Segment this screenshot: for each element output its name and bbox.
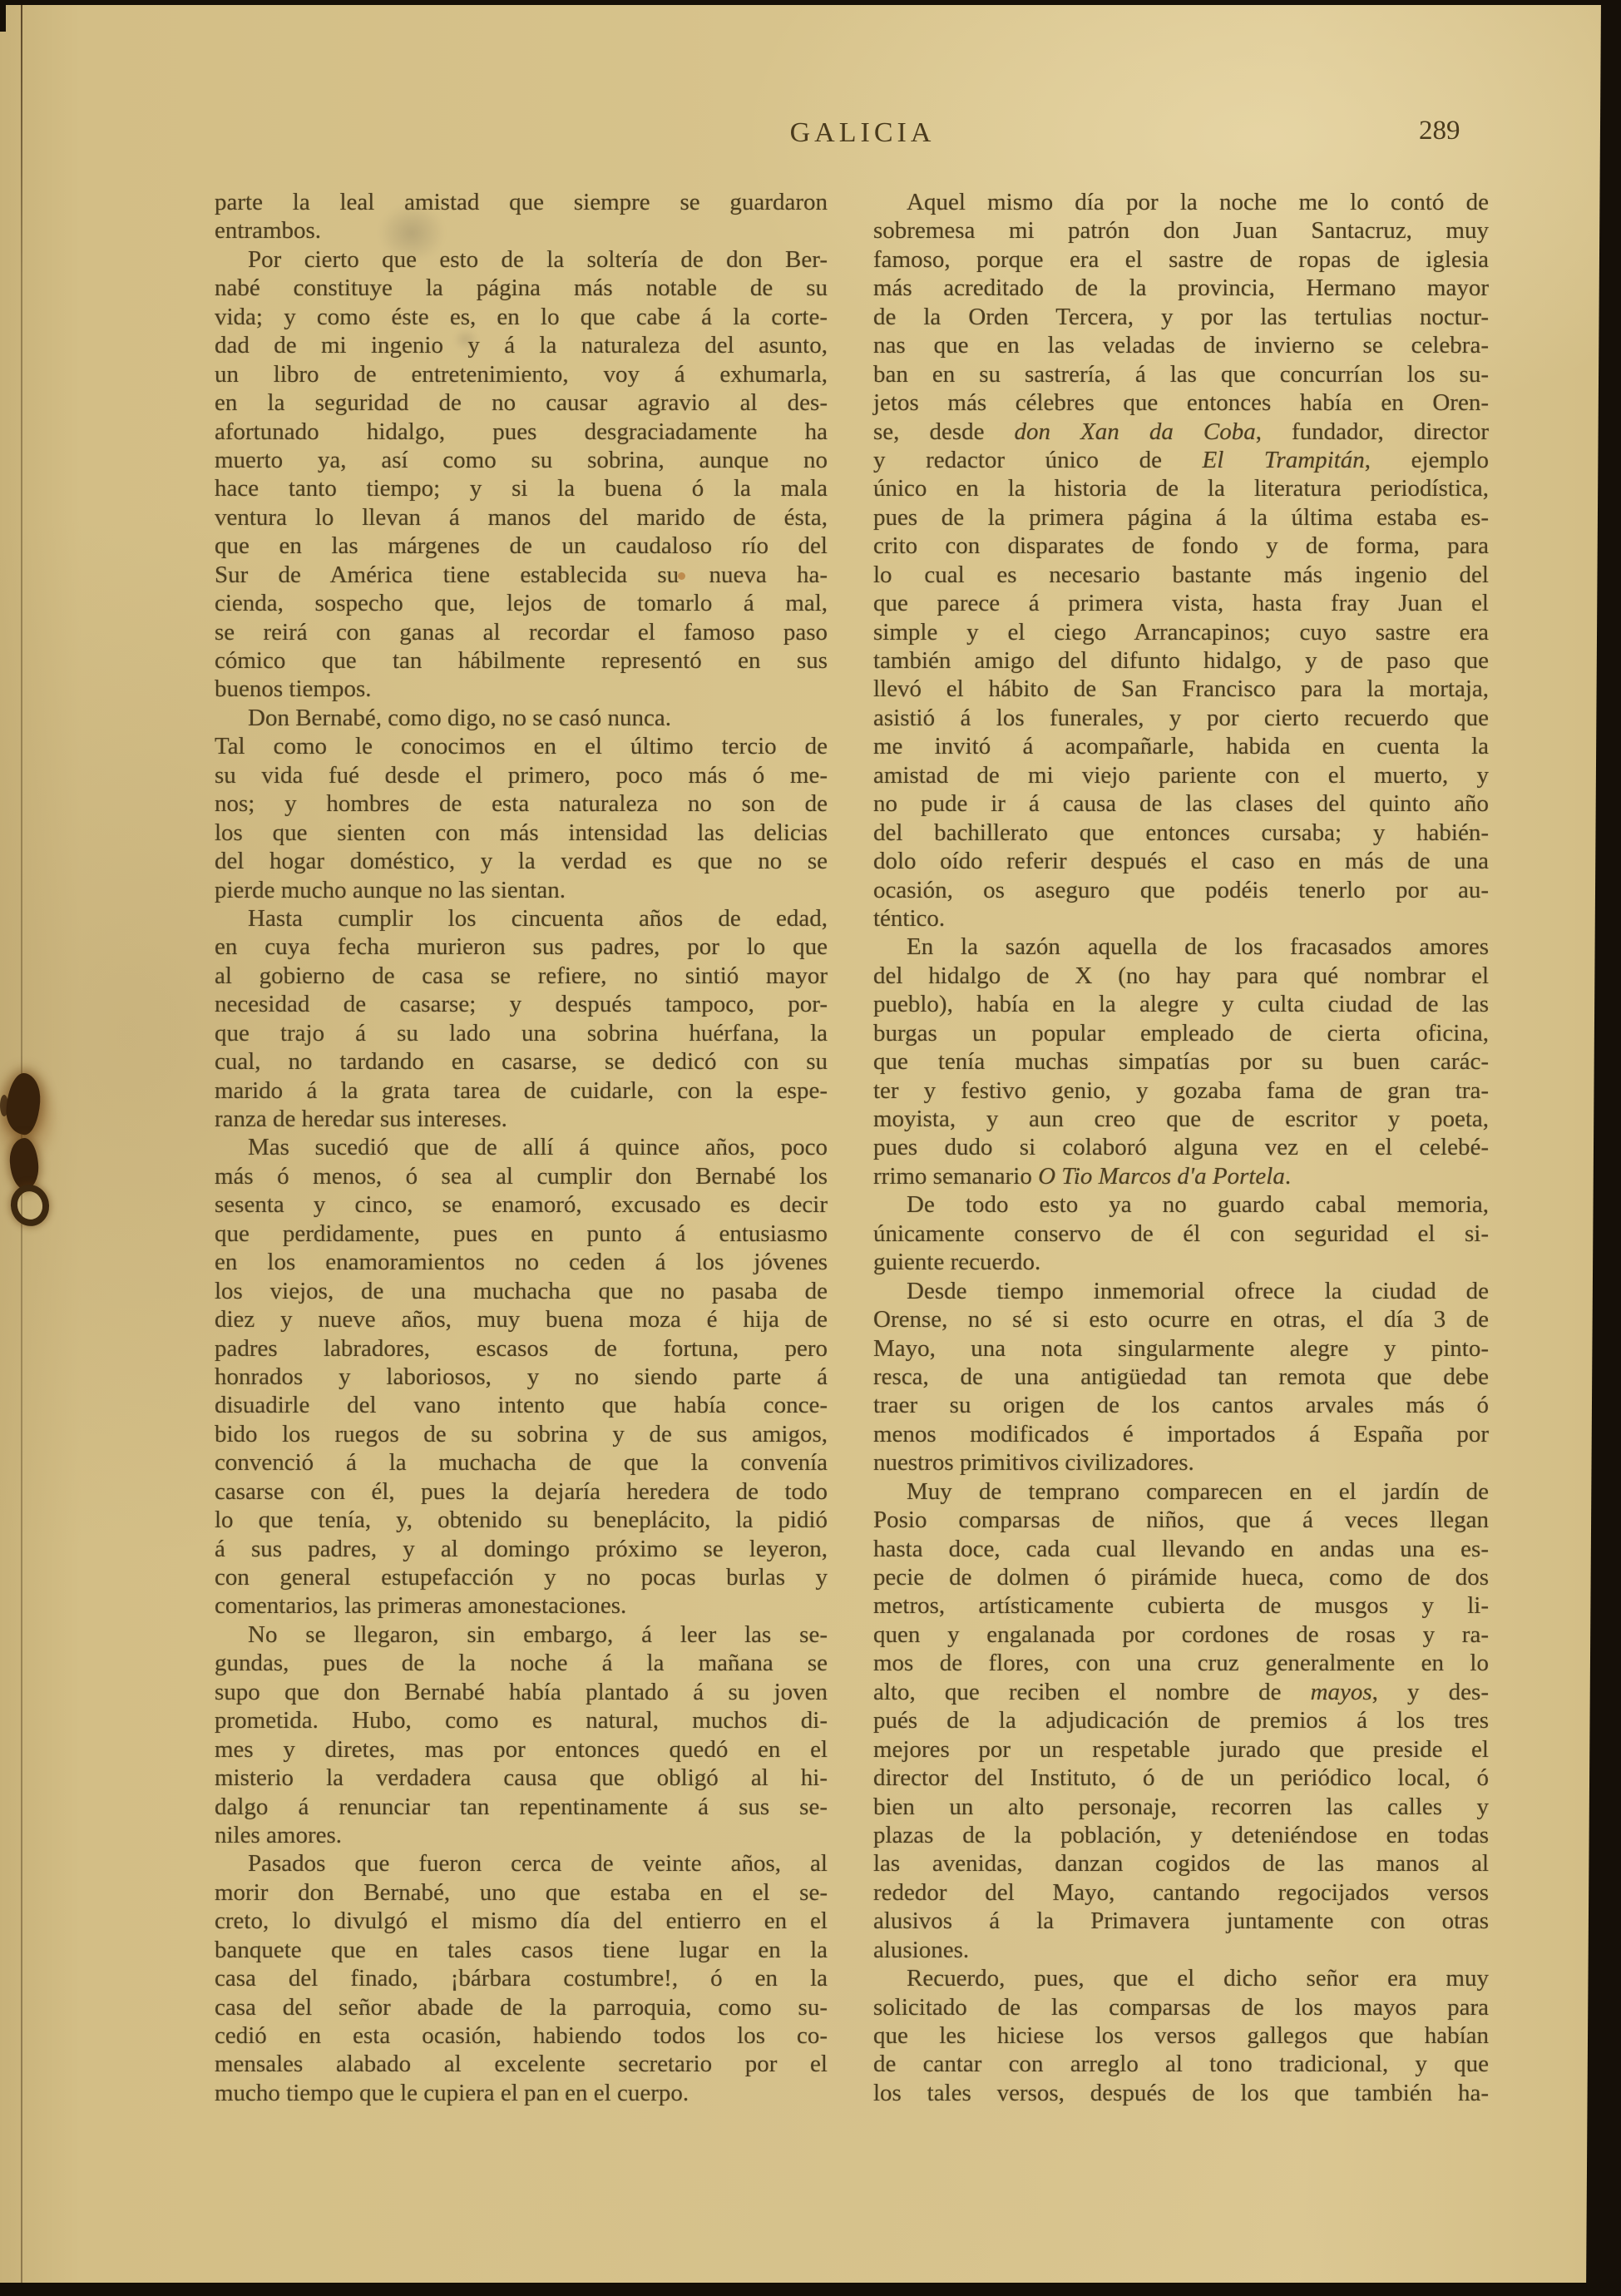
- text-line: pués de la adjudicación de premios á los…: [873, 1706, 1489, 1734]
- text-line: rrimo semanario O Tio Marcos d'a Portela…: [873, 1162, 1489, 1190]
- text-line: casa del señor abade de la parroquia, co…: [215, 1993, 828, 2021]
- text-line: entrambos.: [215, 216, 828, 245]
- text-line: simple y el ciego Arrancapinos; cuyo sas…: [873, 618, 1489, 646]
- text-line: muerto ya, así como su sobrina, aunque n…: [215, 446, 828, 474]
- text-line: téntico.: [873, 904, 1489, 933]
- text-line: rededor del Mayo, cantando regocijados v…: [873, 1878, 1489, 1907]
- text-line: Posio comparsas de niños, que á veces ll…: [873, 1506, 1489, 1534]
- text-line: á sus padres, y al domingo próximo se le…: [215, 1535, 828, 1563]
- text-line: director del Instituto, ó de un periódic…: [873, 1764, 1489, 1792]
- text-line: de cantar con arreglo al tono tradiciona…: [873, 2050, 1489, 2078]
- text-line: Por cierto que esto de la soltería de do…: [215, 245, 828, 274]
- text-line: banquete que en tales casos tiene lugar …: [215, 1936, 828, 1964]
- text-line: sobremesa mi patrón don Juan Santacruz, …: [873, 216, 1489, 245]
- text-line: Recuerdo, pues, que el dicho señor era m…: [873, 1964, 1489, 1992]
- scan-edge-bottom: [0, 2283, 1621, 2296]
- text-line: disuadirle del vano intento que había co…: [215, 1391, 828, 1419]
- text-line: pues de la primera página á la última es…: [873, 503, 1489, 532]
- text-line: que les hiciese los versos gallegos que …: [873, 2021, 1489, 2050]
- text-line: lo que tenía, y, obtenido su beneplácito…: [215, 1506, 828, 1534]
- text-line: ban en su sastrería, á las que concurría…: [873, 360, 1489, 388]
- text-line: únicamente conservo de él con seguridad …: [873, 1220, 1489, 1248]
- text-line: y redactor único de El Trampitán, ejempl…: [873, 446, 1489, 474]
- text-line: pecie de dolmen ó pirámide hueca, como d…: [873, 1563, 1489, 1591]
- text-line: su vida fué desde el primero, poco más ó…: [215, 761, 828, 789]
- text-line: gundas, pues de la noche á la mañana se: [215, 1649, 828, 1677]
- text-line: hasta doce, cada cual llevando en andas …: [873, 1535, 1489, 1563]
- text-line: necesidad de casarse; y después tampoco,…: [215, 990, 828, 1018]
- text-line: niles amores.: [215, 1821, 828, 1849]
- scan-edge-right: [1586, 0, 1621, 2296]
- text-line: menos modificados é importados á España …: [873, 1420, 1489, 1448]
- text-line: famoso, porque era el sastre de ropas de…: [873, 245, 1489, 274]
- text-line: me invitó á acompañarle, habida en cuent…: [873, 732, 1489, 760]
- text-line: crito con disparates de fondo y de forma…: [873, 532, 1489, 560]
- text-line: jetos más célebres que entonces había en…: [873, 388, 1489, 417]
- text-line: nas que en las veladas de invierno se ce…: [873, 331, 1489, 359]
- text-line: en la seguridad de no causar agravio al …: [215, 388, 828, 417]
- text-line: mejores por un respetable jurado que pre…: [873, 1735, 1489, 1764]
- text-line: nabé constituye la página más notable de…: [215, 274, 828, 302]
- text-line: vida; y como éste es, en lo que cabe á l…: [215, 303, 828, 331]
- text-line: los tales versos, después de los que tam…: [873, 2079, 1489, 2107]
- text-line: burgas un popular empleado de cierta ofi…: [873, 1019, 1489, 1047]
- text-line: Aquel mismo día por la noche me lo contó…: [873, 188, 1489, 216]
- text-line: alto, que reciben el nombre de mayos, y …: [873, 1678, 1489, 1706]
- scan-edge-top: [0, 0, 1621, 5]
- text-line: ter y festivo genio, y gozaba fama de gr…: [873, 1076, 1489, 1105]
- text-line: bien un alto personaje, recorren las cal…: [873, 1793, 1489, 1821]
- text-line: que en las márgenes de un caudaloso río …: [215, 532, 828, 560]
- text-line: lo cual es necesario bastante más ingeni…: [873, 561, 1489, 589]
- text-line: pues dudo si colaboró alguna vez en el c…: [873, 1133, 1489, 1161]
- text-line: En la sazón aquella de los fracasados am…: [873, 933, 1489, 961]
- text-line: diez y nueve años, muy buena moza é hija…: [215, 1305, 828, 1334]
- text-line: llevó el hábito de San Francisco para la…: [873, 675, 1489, 703]
- text-line: también amigo del difunto hidalgo, y de …: [873, 646, 1489, 675]
- text-line: al gobierno de casa se refiere, no sinti…: [215, 962, 828, 990]
- text-line: ocasión, os aseguro que podéis tenerlo p…: [873, 876, 1489, 904]
- text-line: no pude ir á causa de las clases del qui…: [873, 789, 1489, 818]
- text-line: alusivos á la Primavera juntamente con o…: [873, 1907, 1489, 1935]
- text-line: amistad de mi viejo pariente con el muer…: [873, 761, 1489, 789]
- text-line: cual, no tardando en casarse, se dedicó …: [215, 1047, 828, 1076]
- text-line: del bachillerato que entonces cursaba; y…: [873, 819, 1489, 847]
- text-line: cómico que tan hábilmente representó en …: [215, 646, 828, 675]
- text-line: pueblo), había en la alegre y culta ciud…: [873, 990, 1489, 1018]
- text-line: los que sienten con más intensidad las d…: [215, 819, 828, 847]
- text-line: Orense, no sé si esto ocurre en otras, e…: [873, 1305, 1489, 1334]
- text-line: del hidalgo de X (no hay para qué nombra…: [873, 962, 1489, 990]
- text-line: quen y engalanada por cordones de rosas …: [873, 1621, 1489, 1649]
- text-line: se reirá con ganas al recordar el famoso…: [215, 618, 828, 646]
- text-line: mensales alabado al excelente secretario…: [215, 2050, 828, 2078]
- text-line: en cuya fecha murieron sus padres, por l…: [215, 933, 828, 961]
- text-line: con general estupefacción y no pocas bur…: [215, 1563, 828, 1591]
- text-line: se, desde don Xan da Coba, fundador, dir…: [873, 418, 1489, 446]
- text-line: único en la historia de la literatura pe…: [873, 474, 1489, 502]
- text-line: Hasta cumplir los cincuenta años de edad…: [215, 904, 828, 933]
- text-line: honrados y laboriosos, y no siendo parte…: [215, 1363, 828, 1391]
- scan-edge-top-left: [0, 0, 6, 32]
- text-line: moyista, y aun creo que de escritor y po…: [873, 1105, 1489, 1133]
- text-line: solicitado de las comparsas de los mayos…: [873, 1993, 1489, 2021]
- text-line: bido los ruegos de su sobrina y de sus a…: [215, 1420, 828, 1448]
- text-line: Sur de América tiene establecida su nuev…: [215, 561, 828, 589]
- text-line: que trajo á su lado una sobrina huérfana…: [215, 1019, 828, 1047]
- text-line: asistió á los funerales, y por cierto re…: [873, 704, 1489, 732]
- text-line: casarse con él, pues la dejaría heredera…: [215, 1477, 828, 1506]
- text-line: metros, artísticamente cubierta de musgo…: [873, 1591, 1489, 1620]
- text-line: sesenta y cinco, se enamoró, excusado es…: [215, 1190, 828, 1219]
- text-line: los viejos, de una muchacha que no pasab…: [215, 1277, 828, 1305]
- text-line: padres labradores, escasos de fortuna, p…: [215, 1334, 828, 1363]
- text-line: dolo oído referir después el caso en más…: [873, 847, 1489, 875]
- text-line: que tenía muchas simpatías por su buen c…: [873, 1047, 1489, 1076]
- text-line: mucho tiempo que le cupiera el pan en el…: [215, 2079, 828, 2107]
- text-line: Desde tiempo inmemorial ofrece la ciudad…: [873, 1277, 1489, 1305]
- text-line: traer su origen de los cantos arvales má…: [873, 1391, 1489, 1419]
- text-line: alusiones.: [873, 1936, 1489, 1964]
- text-line: Pasados que fueron cerca de veinte años,…: [215, 1849, 828, 1878]
- text-line: mes y diretes, mas por entonces quedó en…: [215, 1735, 828, 1764]
- text-line: nuestros primitivos civilizadores.: [873, 1448, 1489, 1477]
- text-line: las avenidas, danzan cogidos de las mano…: [873, 1849, 1489, 1878]
- text-line: prometida. Hubo, como es natural, muchos…: [215, 1706, 828, 1734]
- text-line: pierde mucho aunque no las sientan.: [215, 876, 828, 904]
- text-line: De todo esto ya no guardo cabal memoria,: [873, 1190, 1489, 1219]
- scanned-book-page: GALICIA 289 parte la leal amistad que si…: [0, 0, 1621, 2296]
- text-line: comentarios, las primeras amonestaciones…: [215, 1591, 828, 1620]
- text-line: Tal como le conocimos en el último terci…: [215, 732, 828, 760]
- text-line: guiente recuerdo.: [873, 1248, 1489, 1276]
- text-line: marido á la grata tarea de cuidarle, con…: [215, 1076, 828, 1105]
- text-column-right: Aquel mismo día por la noche me lo contó…: [873, 188, 1489, 2107]
- page-number: 289: [1419, 116, 1460, 146]
- text-line: dalgo á renunciar tan repentinamente á s…: [215, 1793, 828, 1821]
- text-line: Don Bernabé, como digo, no se casó nunca…: [215, 704, 828, 732]
- text-line: Mas sucedió que de allí á quince años, p…: [215, 1133, 828, 1161]
- text-line: más ó menos, ó sea al cumplir don Bernab…: [215, 1162, 828, 1190]
- text-line: cienda, sospecho que, lejos de tomarlo á…: [215, 589, 828, 617]
- text-line: creto, lo divulgó el mismo día del entie…: [215, 1907, 828, 1935]
- text-line: del hogar doméstico, y la verdad es que …: [215, 847, 828, 875]
- text-line: buenos tiempos.: [215, 675, 828, 703]
- text-line: un libro de entretenimiento, voy á exhum…: [215, 360, 828, 388]
- text-line: que parece á primera vista, hasta fray J…: [873, 589, 1489, 617]
- text-line: más acreditado de la provincia, Hermano …: [873, 274, 1489, 302]
- text-line: mos de flores, con una cruz generalmente…: [873, 1649, 1489, 1677]
- text-line: convenció á la muchacha de que la conven…: [215, 1448, 828, 1477]
- text-line: ranza de heredar sus intereses.: [215, 1105, 828, 1133]
- text-line: morir don Bernabé, uno que estaba en el …: [215, 1878, 828, 1907]
- text-line: hace tanto tiempo; y si la buena ó la ma…: [215, 474, 828, 502]
- text-line: Muy de temprano comparecen en el jardín …: [873, 1477, 1489, 1506]
- text-line: en los enamoramientos no ceden á los jóv…: [215, 1248, 828, 1276]
- text-line: de la Orden Tercera, y por las tertulias…: [873, 303, 1489, 331]
- text-line: ventura lo llevan á manos del marido de …: [215, 503, 828, 532]
- text-line: nos; y hombres de esta naturaleza no son…: [215, 789, 828, 818]
- text-column-left: parte la leal amistad que siempre se gua…: [215, 188, 828, 2107]
- text-line: dad de mi ingenio y á la naturaleza del …: [215, 331, 828, 359]
- text-line: parte la leal amistad que siempre se gua…: [215, 188, 828, 216]
- ink-blot-ring: [7, 1181, 52, 1230]
- text-line: cedió en esta ocasión, habiendo todos lo…: [215, 2021, 828, 2050]
- text-line: afortunado hidalgo, pues desgraciadament…: [215, 418, 828, 446]
- text-line: supo que don Bernabé había plantado á su…: [215, 1678, 828, 1706]
- text-line: casa del finado, ¡bárbara costumbre!, ó …: [215, 1964, 828, 1992]
- text-line: plazas de la población, y deteniéndose e…: [873, 1821, 1489, 1849]
- text-line: que perdidamente, pues en punto á entusi…: [215, 1220, 828, 1248]
- text-line: misterio la verdadera causa que obligó a…: [215, 1764, 828, 1792]
- ink-blot-speck: [0, 1095, 8, 1116]
- text-line: Mayo, una nota singularmente alegre y pi…: [873, 1334, 1489, 1363]
- text-line: resca, de una antigüedad tan remota que …: [873, 1363, 1489, 1391]
- text-line: No se llegaron, sin embargo, á leer las …: [215, 1621, 828, 1649]
- journal-title: GALICIA: [790, 117, 936, 149]
